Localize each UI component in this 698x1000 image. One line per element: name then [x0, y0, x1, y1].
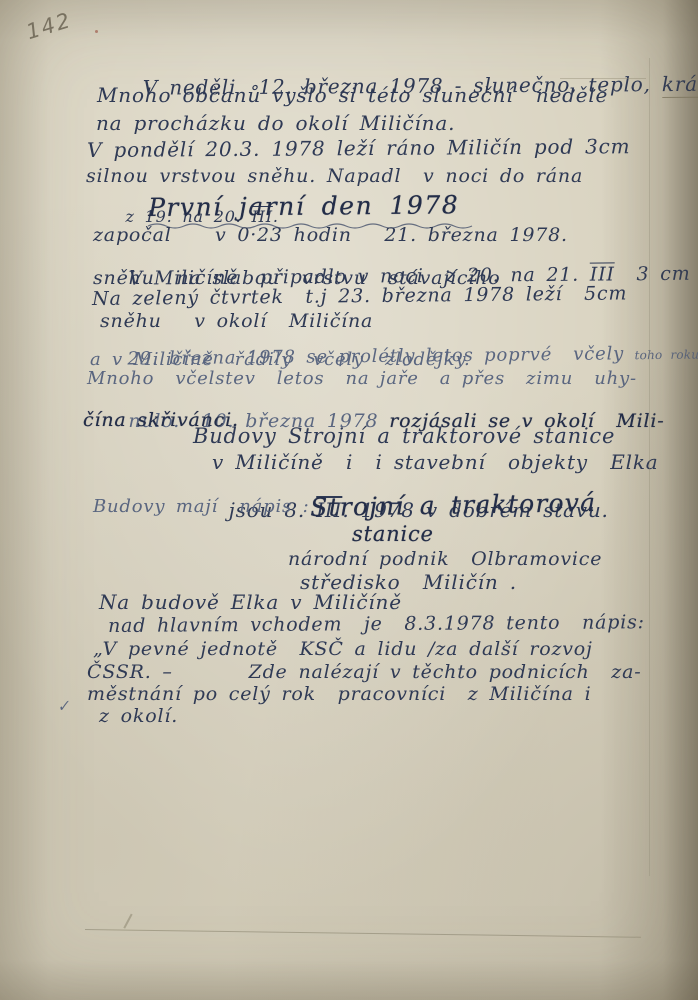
handwritten-line: a v Miličíně řádily včely zlodějky.	[90, 350, 470, 370]
handwritten-line: Mnoho včelstev letos na jaře a přes zimu…	[87, 369, 637, 389]
pencil-frame-bottom-line	[85, 929, 641, 938]
handwritten-line: započal v 0·23 hodin 21. března 1978.	[93, 225, 568, 246]
handwritten-line: V pondělí 20.3. 1978 leží ráno Miličín p…	[87, 135, 630, 161]
handwritten-line: v Miličíně i i stavební objekty Elka	[212, 451, 658, 473]
section-heading: První jarní den 1978	[148, 191, 459, 221]
handwritten-line: nad hlavním vchodem je 8.3.1978 tento ná…	[108, 612, 645, 637]
handwritten-line: silnou vrstvou sněhu. Napadl v noci do r…	[86, 166, 583, 187]
handwritten-line: Budovy Strojní a traktorové stanice	[193, 425, 615, 448]
inline-note: toho roku.	[635, 347, 698, 362]
chronicle-page: 142 V neděli 12. března 1978 - slunečno,…	[0, 0, 698, 1000]
margin-checkmark: ✓	[56, 697, 72, 715]
sign-text-line: národní podnik Olbramovice	[288, 549, 602, 570]
page-number: 142	[23, 8, 74, 44]
pencil-tick-mark	[123, 914, 132, 929]
paper-speck	[95, 30, 98, 33]
underlined-word: krásně	[662, 72, 698, 99]
sign-text-line: stanice	[352, 523, 434, 546]
quote-line: z okolí.	[99, 706, 178, 727]
handwritten-line: Mnoho občanů vyšlo si této sluneční nedě…	[97, 84, 608, 106]
handwritten-line: na procházku do okolí Miličína.	[96, 112, 455, 134]
quote-line: ČSSR. – Zde nalézají v těchto podnicích …	[87, 662, 641, 683]
handwritten-line: Budovy mají nápis :	[93, 497, 309, 517]
sign-text-line: Strojní a traktorová	[310, 489, 596, 521]
handwritten-line: Na budově Elka v Miličíně	[99, 591, 402, 613]
quote-line: „V pevné jednotě KSČ a lidu /za další ro…	[93, 639, 593, 660]
quote-line: městnání po celý rok pracovníci z Miličí…	[87, 684, 591, 705]
